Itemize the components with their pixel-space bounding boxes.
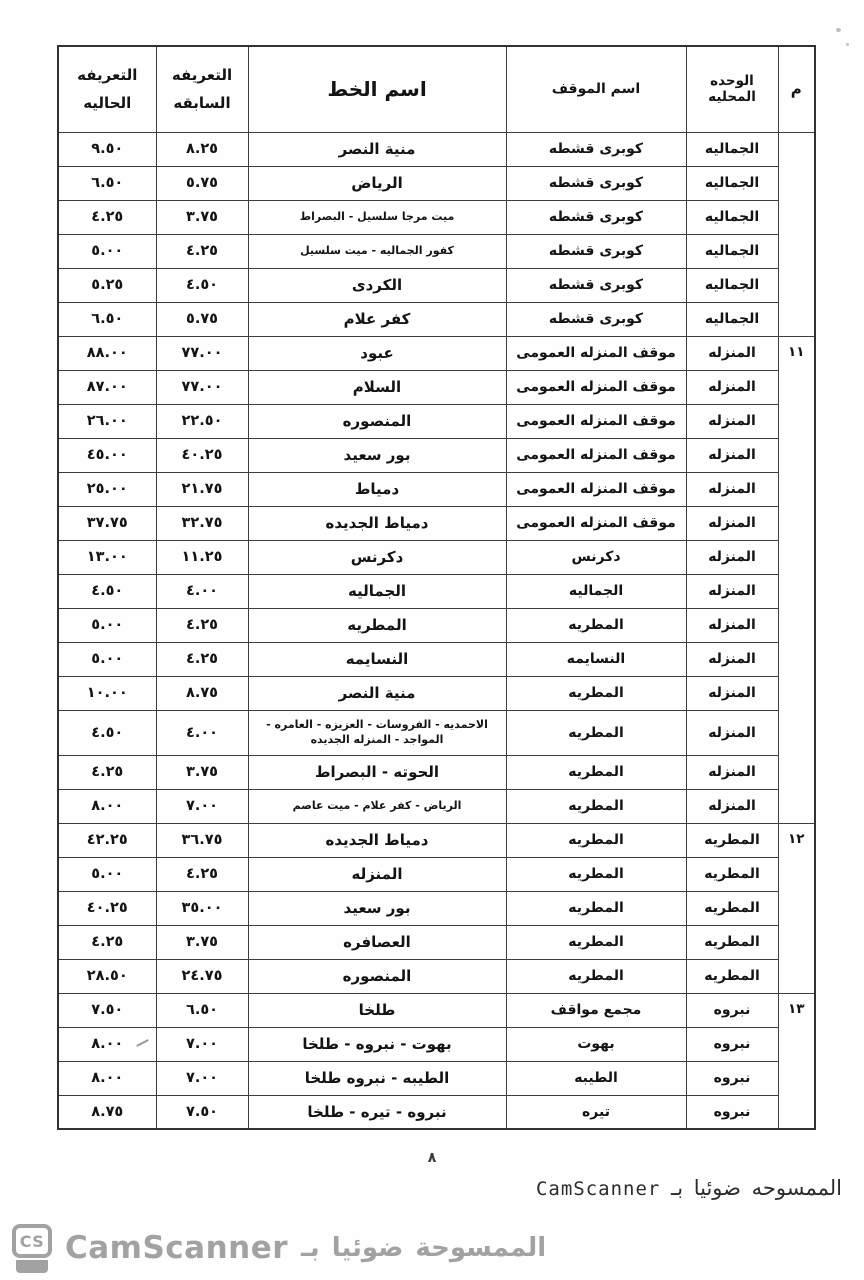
- stop-cell: الجماليه: [506, 574, 686, 608]
- unit-cell: المنزله: [686, 642, 778, 676]
- section-number-cell: ١٣: [778, 993, 815, 1129]
- line-cell: منية النصر: [248, 132, 506, 166]
- curr-tariff-cell: ٤.٥٠: [58, 710, 156, 755]
- curr-tariff-cell: ٥.٢٥: [58, 268, 156, 302]
- line-cell: الطيبه - نبروه طلخا: [248, 1061, 506, 1095]
- table-row: المنزلهموقف المنزله العمومىالمنصوره٢٢.٥٠…: [58, 404, 815, 438]
- unit-cell: الجماليه: [686, 234, 778, 268]
- table-row: المنزلهموقف المنزله العمومىدمياط٢١.٧٥٢٥.…: [58, 472, 815, 506]
- line-cell: الحوته - البصراط: [248, 755, 506, 789]
- fare-table-body: الجماليهكوبرى قشطهمنية النصر٨.٢٥٩.٥٠الجم…: [58, 132, 815, 1129]
- camscanner-logo-base: [16, 1260, 48, 1273]
- line-cell: السلام: [248, 370, 506, 404]
- section-number-cell: ١١: [778, 336, 815, 823]
- stop-cell: موقف المنزله العمومى: [506, 404, 686, 438]
- unit-cell: المنزله: [686, 370, 778, 404]
- curr-tariff-cell: ٢٦.٠٠: [58, 404, 156, 438]
- prev-tariff-cell: ٢٤.٧٥: [156, 959, 248, 993]
- stop-cell: مجمع مواقف: [506, 993, 686, 1027]
- prev-tariff-cell: ٣٥.٠٠: [156, 891, 248, 925]
- unit-cell: المنزله: [686, 608, 778, 642]
- fare-table: م الوحده المحليه اسم الموقف اسم الخط الت…: [57, 45, 816, 1130]
- curr-tariff-cell: ٤.٢٥: [58, 200, 156, 234]
- prev-tariff-cell: ١١.٢٥: [156, 540, 248, 574]
- line-cell: منية النصر: [248, 676, 506, 710]
- line-cell: المنصوره: [248, 959, 506, 993]
- curr-tariff-cell: ٤.٥٠: [58, 574, 156, 608]
- section-number-cell: ١٢: [778, 823, 815, 993]
- prev-tariff-cell: ٥.٧٥: [156, 166, 248, 200]
- prev-tariff-cell: ٣.٧٥: [156, 200, 248, 234]
- line-cell: الاحمديه - الفروسات - العزيزه - العامره …: [248, 710, 506, 755]
- line-cell: دكرنس: [248, 540, 506, 574]
- line-cell: كفور الجماليه - ميت سلسيل: [248, 234, 506, 268]
- curr-tariff-cell: ٥.٠٠: [58, 234, 156, 268]
- stop-cell: المطريه: [506, 789, 686, 823]
- stop-cell: المطريه: [506, 925, 686, 959]
- stop-cell: كوبرى قشطه: [506, 234, 686, 268]
- prev-tariff-cell: ٤.٢٥: [156, 608, 248, 642]
- prev-tariff-cell: ٣٦.٧٥: [156, 823, 248, 857]
- prev-tariff-cell: ٤.٢٥: [156, 642, 248, 676]
- table-row: المنزلهموقف المنزله العمومىبور سعيد٤٠.٢٥…: [58, 438, 815, 472]
- stop-cell: المطريه: [506, 857, 686, 891]
- prev-tariff-cell: ٧.٥٠: [156, 1095, 248, 1129]
- curr-tariff-cell: ١٠.٠٠: [58, 676, 156, 710]
- table-row: المنزلهموقف المنزله العمومىالسلام٧٧.٠٠٨٧…: [58, 370, 815, 404]
- curr-tariff-cell: ٩.٥٠: [58, 132, 156, 166]
- prev-tariff-cell: ٤.٥٠: [156, 268, 248, 302]
- line-cell: دمياط الجديده: [248, 506, 506, 540]
- table-row: نبروهتيرهنبروه - تيره - طلخا٧.٥٠٨.٧٥: [58, 1095, 815, 1129]
- header-row: م الوحده المحليه اسم الموقف اسم الخط الت…: [58, 46, 815, 132]
- stop-cell: موقف المنزله العمومى: [506, 370, 686, 404]
- unit-cell: المنزله: [686, 755, 778, 789]
- prev-tariff-cell: ٤.٠٠: [156, 574, 248, 608]
- unit-cell: المطريه: [686, 857, 778, 891]
- prev-tariff-cell: ٣.٧٥: [156, 755, 248, 789]
- unit-cell: الجماليه: [686, 268, 778, 302]
- stop-cell: موقف المنزله العمومى: [506, 506, 686, 540]
- unit-cell: المنزله: [686, 472, 778, 506]
- unit-cell: المنزله: [686, 789, 778, 823]
- curr-tariff-cell: ٦.٥٠: [58, 166, 156, 200]
- unit-cell: الجماليه: [686, 200, 778, 234]
- prev-tariff-cell: ٧٧.٠٠: [156, 370, 248, 404]
- table-row: الجماليهكوبرى قشطهميت مرجا سلسيل - البصر…: [58, 200, 815, 234]
- table-row: ١٢المطريهالمطريهدمياط الجديده٣٦.٧٥٤٢.٢٥: [58, 823, 815, 857]
- stop-cell: دكرنس: [506, 540, 686, 574]
- curr-tariff-cell: ٤٢.٢٥: [58, 823, 156, 857]
- curr-tariff-cell: ٨٧.٠٠: [58, 370, 156, 404]
- camscanner-logo-text: CS: [12, 1224, 52, 1258]
- table-row: المنزلهالمطريهالمطريه٤.٢٥٥.٠٠: [58, 608, 815, 642]
- line-cell: الرياض - كفر علام - ميت عاصم: [248, 789, 506, 823]
- curr-tariff-cell: ٨.٠٠: [58, 1061, 156, 1095]
- line-cell: الجماليه: [248, 574, 506, 608]
- unit-cell: المطريه: [686, 823, 778, 857]
- line-cell: النسايمه: [248, 642, 506, 676]
- table-row: نبروهالطيبهالطيبه - نبروه طلخا٧.٠٠٨.٠٠: [58, 1061, 815, 1095]
- table-row: المنزلهالمطريهالحوته - البصراط٣.٧٥٤.٢٥: [58, 755, 815, 789]
- unit-cell: المنزله: [686, 710, 778, 755]
- curr-tariff-cell: ٤٠.٢٥: [58, 891, 156, 925]
- header-local-unit: الوحده المحليه: [686, 46, 778, 132]
- header-stop-name: اسم الموقف: [506, 46, 686, 132]
- table-row: المطريهالمطريهبور سعيد٣٥.٠٠٤٠.٢٥: [58, 891, 815, 925]
- camscanner-watermark: CS CamScanner الممسوحة ضوئيا بـ: [12, 1224, 546, 1273]
- unit-cell: المنزله: [686, 540, 778, 574]
- curr-tariff-cell: ١٣.٠٠: [58, 540, 156, 574]
- curr-tariff-cell: ٥.٠٠: [58, 608, 156, 642]
- prev-tariff-cell: ٧.٠٠: [156, 1027, 248, 1061]
- scan-footer-note: الممسوحه ضوئيا بـ CamScanner: [536, 1176, 842, 1200]
- line-cell: الكردى: [248, 268, 506, 302]
- scan-speck-artifact: [846, 43, 849, 46]
- unit-cell: نبروه: [686, 1027, 778, 1061]
- watermark-arabic-text: الممسوحة ضوئيا بـ: [301, 1224, 546, 1272]
- prev-tariff-cell: ٣٢.٧٥: [156, 506, 248, 540]
- line-cell: بور سعيد: [248, 438, 506, 472]
- table-row: ١١المنزلهموقف المنزله العمومىعبود٧٧.٠٠٨٨…: [58, 336, 815, 370]
- curr-tariff-cell: ٤.٢٥: [58, 925, 156, 959]
- table-row: الجماليهكوبرى قشطهكفر علام٥.٧٥٦.٥٠: [58, 302, 815, 336]
- stop-cell: المطريه: [506, 823, 686, 857]
- unit-cell: المنزله: [686, 676, 778, 710]
- unit-cell: نبروه: [686, 1095, 778, 1129]
- unit-cell: المطريه: [686, 891, 778, 925]
- header-previous-tariff: التعريفه السابقه: [156, 46, 248, 132]
- line-cell: ميت مرجا سلسيل - البصراط: [248, 200, 506, 234]
- stop-cell: كوبرى قشطه: [506, 302, 686, 336]
- header-current-tariff: التعريفه الحاليه: [58, 46, 156, 132]
- prev-tariff-cell: ٨.٧٥: [156, 676, 248, 710]
- curr-tariff-cell: ٢٥.٠٠: [58, 472, 156, 506]
- prev-tariff-cell: ٤٠.٢٥: [156, 438, 248, 472]
- scan-note-arabic: الممسوحه ضوئيا بـ: [671, 1176, 842, 1200]
- stop-cell: بهوت: [506, 1027, 686, 1061]
- prev-tariff-cell: ٣.٧٥: [156, 925, 248, 959]
- line-cell: الرياض: [248, 166, 506, 200]
- header-number: م: [778, 46, 815, 132]
- stop-cell: المطريه: [506, 959, 686, 993]
- prev-tariff-cell: ٤.٢٥: [156, 857, 248, 891]
- stop-cell: المطريه: [506, 755, 686, 789]
- table-row: الجماليهكوبرى قشطهالرياض٥.٧٥٦.٥٠: [58, 166, 815, 200]
- line-cell: المنصوره: [248, 404, 506, 438]
- curr-tariff-cell: ٥.٠٠: [58, 857, 156, 891]
- stop-cell: المطريه: [506, 710, 686, 755]
- table-row: ١٣نبروهمجمع مواقفطلخا٦.٥٠٧.٥٠: [58, 993, 815, 1027]
- curr-tariff-cell: ٧.٥٠: [58, 993, 156, 1027]
- stop-cell: كوبرى قشطه: [506, 166, 686, 200]
- table-row: الجماليهكوبرى قشطهالكردى٤.٥٠٥.٢٥: [58, 268, 815, 302]
- table-row: المنزلهالمطريهالاحمديه - الفروسات - العز…: [58, 710, 815, 755]
- curr-tariff-cell: ٣٧.٧٥: [58, 506, 156, 540]
- curr-tariff-cell: ٦.٥٠: [58, 302, 156, 336]
- prev-tariff-cell: ٧٧.٠٠: [156, 336, 248, 370]
- line-cell: نبروه - تيره - طلخا: [248, 1095, 506, 1129]
- page-number: ٨: [0, 1150, 864, 1166]
- section-number-cell: [778, 132, 815, 336]
- stop-cell: المطريه: [506, 608, 686, 642]
- unit-cell: المنزله: [686, 438, 778, 472]
- line-cell: بهوت - نبروه - طلخا: [248, 1027, 506, 1061]
- unit-cell: المنزله: [686, 574, 778, 608]
- unit-cell: نبروه: [686, 1061, 778, 1095]
- stop-cell: كوبرى قشطه: [506, 268, 686, 302]
- table-row: المنزلهدكرنسدكرنس١١.٢٥١٣.٠٠: [58, 540, 815, 574]
- line-cell: عبود: [248, 336, 506, 370]
- prev-tariff-cell: ٧.٠٠: [156, 789, 248, 823]
- unit-cell: المطريه: [686, 959, 778, 993]
- stop-cell: تيره: [506, 1095, 686, 1129]
- curr-tariff-cell: ٨.٧٥: [58, 1095, 156, 1129]
- table-row: المنزلهالمطريهمنية النصر٨.٧٥١٠.٠٠: [58, 676, 815, 710]
- curr-tariff-cell: ٥.٠٠: [58, 642, 156, 676]
- table-row: المنزلهالمطريهالرياض - كفر علام - ميت عا…: [58, 789, 815, 823]
- curr-tariff-cell: ٤٥.٠٠: [58, 438, 156, 472]
- curr-tariff-cell: ٨٨.٠٠: [58, 336, 156, 370]
- stop-cell: المطريه: [506, 676, 686, 710]
- unit-cell: نبروه: [686, 993, 778, 1027]
- line-cell: دمياط الجديده: [248, 823, 506, 857]
- prev-tariff-cell: ٧.٠٠: [156, 1061, 248, 1095]
- table-row: الجماليهكوبرى قشطهمنية النصر٨.٢٥٩.٥٠: [58, 132, 815, 166]
- prev-tariff-cell: ٤.٠٠: [156, 710, 248, 755]
- table-row: نبروهبهوتبهوت - نبروه - طلخا٧.٠٠٨.٠٠: [58, 1027, 815, 1061]
- stop-cell: موقف المنزله العمومى: [506, 336, 686, 370]
- unit-cell: المنزله: [686, 506, 778, 540]
- stop-cell: موقف المنزله العمومى: [506, 472, 686, 506]
- watermark-brand-text: CamScanner: [65, 1224, 288, 1272]
- table-row: المنزلهموقف المنزله العمومىدمياط الجديده…: [58, 506, 815, 540]
- line-cell: العصافره: [248, 925, 506, 959]
- header-line-name: اسم الخط: [248, 46, 506, 132]
- fare-table-header: م الوحده المحليه اسم الموقف اسم الخط الت…: [58, 46, 815, 132]
- prev-tariff-cell: ٤.٢٥: [156, 234, 248, 268]
- stop-cell: الطيبه: [506, 1061, 686, 1095]
- prev-tariff-cell: ٦.٥٠: [156, 993, 248, 1027]
- prev-tariff-cell: ٢٢.٥٠: [156, 404, 248, 438]
- stop-cell: النسايمه: [506, 642, 686, 676]
- unit-cell: المطريه: [686, 925, 778, 959]
- unit-cell: الجماليه: [686, 132, 778, 166]
- table-row: المنزلهالجماليهالجماليه٤.٠٠٤.٥٠: [58, 574, 815, 608]
- line-cell: كفر علام: [248, 302, 506, 336]
- unit-cell: الجماليه: [686, 302, 778, 336]
- scanned-document-page: م الوحده المحليه اسم الموقف اسم الخط الت…: [0, 0, 864, 1280]
- line-cell: المطريه: [248, 608, 506, 642]
- stop-cell: موقف المنزله العمومى: [506, 438, 686, 472]
- curr-tariff-cell: ٤.٢٥: [58, 755, 156, 789]
- table-row: الجماليهكوبرى قشطهكفور الجماليه - ميت سل…: [58, 234, 815, 268]
- unit-cell: المنزله: [686, 404, 778, 438]
- curr-tariff-cell: ٨.٠٠: [58, 789, 156, 823]
- prev-tariff-cell: ٢١.٧٥: [156, 472, 248, 506]
- scan-note-brand: CamScanner: [536, 1178, 660, 1200]
- line-cell: طلخا: [248, 993, 506, 1027]
- line-cell: المنزله: [248, 857, 506, 891]
- curr-tariff-cell: ٢٨.٥٠: [58, 959, 156, 993]
- table-row: المطريهالمطريهالعصافره٣.٧٥٤.٢٥: [58, 925, 815, 959]
- stop-cell: المطريه: [506, 891, 686, 925]
- line-cell: دمياط: [248, 472, 506, 506]
- scan-speck-artifact: [836, 28, 841, 32]
- stop-cell: كوبرى قشطه: [506, 132, 686, 166]
- prev-tariff-cell: ٨.٢٥: [156, 132, 248, 166]
- table-row: المطريهالمطريهالمنزله٤.٢٥٥.٠٠: [58, 857, 815, 891]
- unit-cell: الجماليه: [686, 166, 778, 200]
- table-row: المنزلهالنسايمهالنسايمه٤.٢٥٥.٠٠: [58, 642, 815, 676]
- prev-tariff-cell: ٥.٧٥: [156, 302, 248, 336]
- stop-cell: كوبرى قشطه: [506, 200, 686, 234]
- line-cell: بور سعيد: [248, 891, 506, 925]
- camscanner-logo: CS: [12, 1224, 52, 1273]
- table-row: المطريهالمطريهالمنصوره٢٤.٧٥٢٨.٥٠: [58, 959, 815, 993]
- unit-cell: المنزله: [686, 336, 778, 370]
